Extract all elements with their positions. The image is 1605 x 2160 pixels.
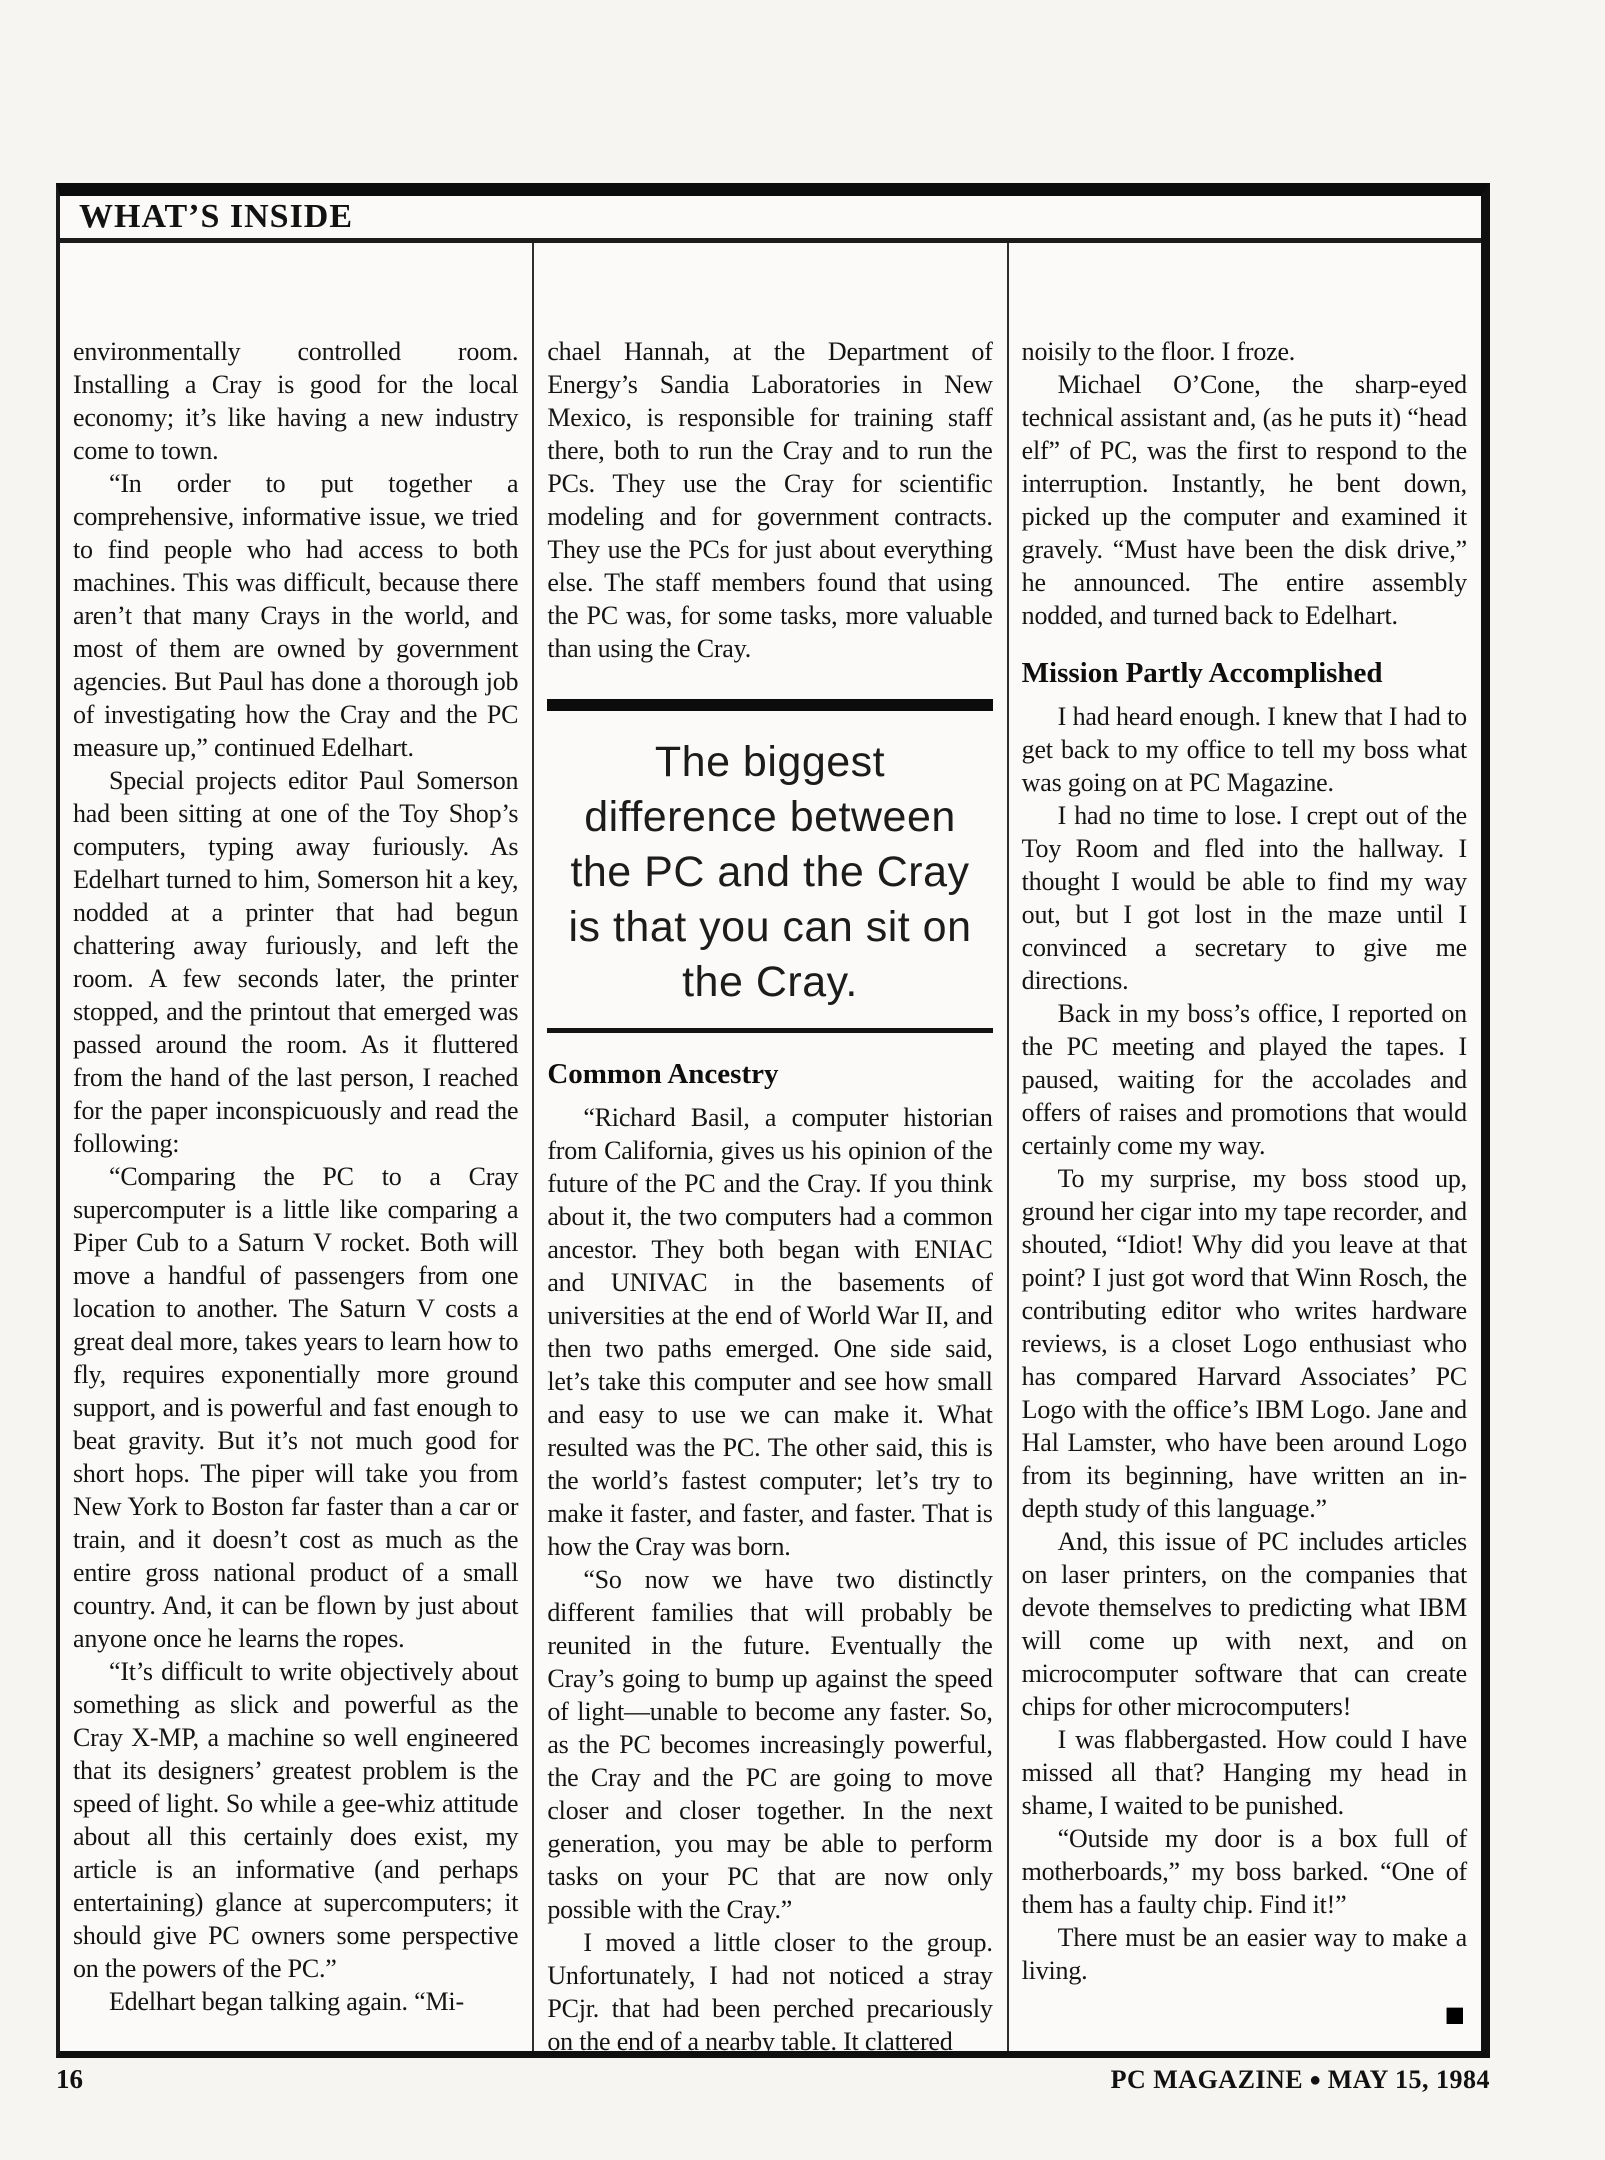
body-paragraph: “It’s difficult to write objectively abo… [73, 1655, 518, 1985]
pull-quote: The biggest difference between the PC an… [547, 699, 992, 1033]
magazine-name-footer: PC MAGAZINE [1111, 2065, 1304, 2094]
page-title: WHAT’S INSIDE [79, 200, 353, 234]
subsection-heading-common-ancestry: Common Ancestry [547, 1057, 992, 1091]
body-paragraph: chael Hannah, at the Department of Energ… [547, 335, 992, 665]
body-paragraph: I moved a little closer to the group. Un… [547, 1926, 992, 2051]
body-paragraph: Michael O’Cone, the sharp-eyed technical… [1022, 368, 1467, 632]
pull-quote-line: the Cray. [547, 955, 992, 1010]
text-column-1: environmentally controlled room. Install… [60, 243, 532, 2051]
body-paragraph: There must be an easier way to make a li… [1022, 1921, 1467, 1987]
body-paragraph: noisily to the floor. I froze. [1022, 335, 1467, 368]
body-paragraph: Back in my boss’s office, I reported on … [1022, 997, 1467, 1162]
magazine-name-and-date: PC MAGAZINE●MAY 15, 1984 [1111, 2067, 1490, 2093]
pull-quote-line: The biggest [547, 735, 992, 790]
body-paragraph: “Outside my door is a box full of mother… [1022, 1822, 1467, 1921]
article-frame: WHAT’S INSIDE environmentally controlled… [56, 183, 1490, 2058]
pull-quote-line: the PC and the Cray [547, 845, 992, 900]
page-number: 16 [56, 2066, 83, 2093]
body-paragraph: I was flabbergasted. How could I have mi… [1022, 1723, 1467, 1822]
scanned-magazine-page: { "masthead": { "title": "WHAT’S INSIDE"… [0, 0, 1605, 2160]
body-paragraph: Special projects editor Paul Somerson ha… [73, 764, 518, 1160]
body-paragraph: “So now we have two distinctly different… [547, 1563, 992, 1926]
body-paragraph: To my surprise, my boss stood up, ground… [1022, 1162, 1467, 1525]
page-footer: 16 PC MAGAZINE●MAY 15, 1984 [56, 2066, 1490, 2093]
three-column-body: environmentally controlled room. Install… [60, 243, 1481, 2051]
body-paragraph: “Comparing the PC to a Cray supercompute… [73, 1160, 518, 1655]
issue-date-footer: MAY 15, 1984 [1328, 2065, 1490, 2094]
body-paragraph: And, this issue of PC includes articles … [1022, 1525, 1467, 1723]
subsection-heading-mission-partly-accomplished: Mission Partly Accomplished [1022, 656, 1467, 690]
body-paragraph: I had no time to lose. I crept out of th… [1022, 799, 1467, 997]
body-paragraph: “Richard Basil, a computer historian fro… [547, 1101, 992, 1563]
end-of-article-marker: ■ [1444, 1999, 1465, 2033]
body-paragraph: I had heard enough. I knew that I had to… [1022, 700, 1467, 799]
pull-quote-line: is that you can sit on [547, 900, 992, 955]
body-paragraph: “In order to put together a comprehensiv… [73, 467, 518, 764]
section-masthead: WHAT’S INSIDE [60, 196, 1481, 243]
pull-quote-line: difference between [547, 790, 992, 845]
body-paragraph: Edelhart began talking again. “Mi- [73, 1985, 518, 2018]
text-column-2: chael Hannah, at the Department of Energ… [532, 243, 1006, 2051]
body-paragraph: environmentally controlled room. Install… [73, 335, 518, 467]
footer-bullet-icon: ● [1303, 2069, 1328, 2091]
text-column-3: noisily to the floor. I froze. Michael O… [1007, 243, 1481, 2051]
